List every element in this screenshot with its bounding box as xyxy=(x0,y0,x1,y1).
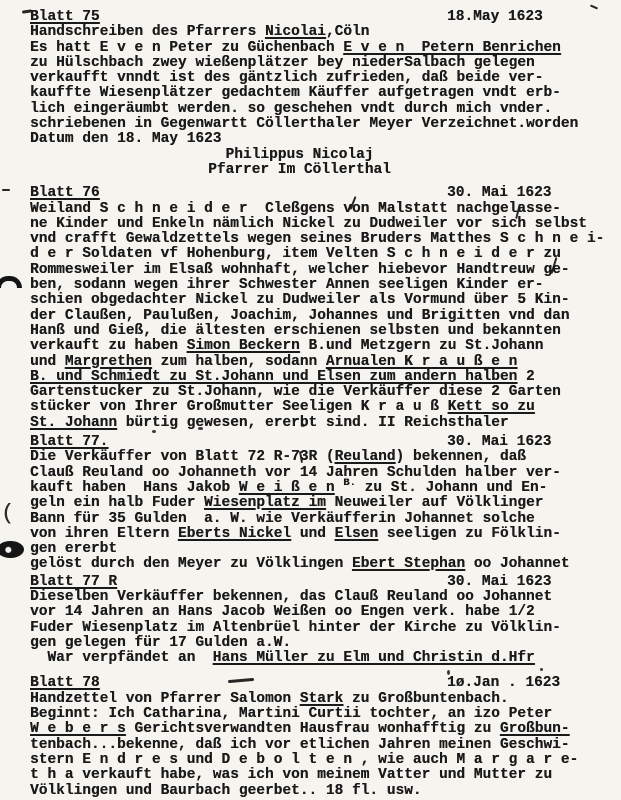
text-segment: und xyxy=(30,354,65,370)
text-line: Völklingen und Baurbach geerbet.. 18 fl.… xyxy=(30,784,609,799)
text-line: Philippus Nicolaj xyxy=(30,148,609,163)
record-title: Blatt 75 xyxy=(30,9,100,25)
text-line: zu Hülschbach zwey wießenplätzer bey nie… xyxy=(30,56,609,71)
text-segment: gen ererbt xyxy=(30,541,117,557)
text-line: ben, sodann wegen ihrer Schwester Annen … xyxy=(30,278,609,293)
text-segment: vnd crafft Gewaldzettels wegen seines Br… xyxy=(30,231,604,247)
text-segment: Völklingen und Baurbach geerbet.. 18 fl.… xyxy=(30,783,422,799)
text-segment: Weiland S c h n e i d e r Cleßgens von M… xyxy=(30,201,561,217)
text-segment: zum halben, sodann xyxy=(152,354,326,370)
record-header: Blatt 7630. Mai 1623 xyxy=(30,186,609,201)
record-header: Blatt 781ø.Jan . 1623 xyxy=(30,676,609,691)
text-line: Es hatt E v e n Peter zu Güchenbach E v … xyxy=(30,41,609,56)
text-segment: verkauft zu haben xyxy=(30,338,187,354)
text-segment: gen gelegen für 17 Gulden a.W. xyxy=(30,635,291,651)
text-segment: ben, sodann wegen ihrer Schwester Annen … xyxy=(30,277,543,293)
underlined-text: Großbun- xyxy=(500,721,570,737)
text-segment: bürtig gewesen, ererbt sind. II Reichsth… xyxy=(117,415,509,431)
record-block-blatt-76: Blatt 7630. Mai 1623Weiland S c h n e i … xyxy=(30,186,609,431)
underlined-text: Margrethen xyxy=(65,354,152,370)
text-segment: Neuweiler auf Völklinger xyxy=(326,495,544,511)
record-header: Blatt 7518.May 1623 xyxy=(30,10,609,25)
text-line: kauffte Wiesenplätzer gedachtem Käuffer … xyxy=(30,86,609,101)
text-segment: Bann für 35 Gulden a. W. wie Verkäufferi… xyxy=(30,511,535,527)
record-date: 30. Mai 1623 xyxy=(447,186,551,201)
underlined-text: Kett so zu xyxy=(448,399,535,415)
underlined-text: Wiesenplatz im xyxy=(204,495,326,511)
ink-blot xyxy=(0,541,24,558)
text-line: Clauß Reuland oo Johanneth vor 14 Jahren… xyxy=(30,466,609,481)
record-title: Blatt 77 R xyxy=(30,574,117,590)
text-line: verkaufft vnndt ist des gäntzlich zufrie… xyxy=(30,71,609,86)
text-segment: Gartenstucker zu St.Johann, wie die Verk… xyxy=(30,384,561,400)
text-segment: Handzettel von Pfarrer Salomon xyxy=(30,691,300,707)
text-segment: verkaufft vnndt ist des gäntzlich zufrie… xyxy=(30,70,543,86)
document-page: ( Blatt 7518.May 1623Handschreiben des P… xyxy=(0,0,621,800)
record-date: 30. Mai 1623 xyxy=(447,435,551,450)
text-line: gelöst durch den Meyer zu Völklingen Ebe… xyxy=(30,557,609,572)
text-segment: kauffte Wiesenplätzer gedachtem Käuffer … xyxy=(30,85,561,101)
text-line: stücker von Ihrer Großmutter Seeligen K … xyxy=(30,400,609,415)
record-date: 18.May 1623 xyxy=(447,10,543,25)
text-segment: Pfarrer Im Cöllerthal xyxy=(208,162,391,178)
text-segment: der Claußen, Paulußen, Joachim, Johannes… xyxy=(30,308,570,324)
text-line: gen gelegen für 17 Gulden a.W. xyxy=(30,636,609,651)
record-header: Blatt 77.30. Mai 1623 xyxy=(30,435,609,450)
text-line: B. und Schmiedt zu St.Johann und Elsen z… xyxy=(30,370,609,385)
text-segment: Datum den 18. May 1623 xyxy=(30,131,221,147)
text-line: gen ererbt xyxy=(30,542,609,557)
underlined-text: Ebert Stephan xyxy=(352,556,465,572)
text-line: schien obgedachter Nickel zu Dudweiler a… xyxy=(30,293,609,308)
text-line: Gartenstucker zu St.Johann, wie die Verk… xyxy=(30,385,609,400)
text-line: und Margrethen zum halben, sodann Arnual… xyxy=(30,355,609,370)
text-segment: Es hatt E v e n Peter zu Güchenbach xyxy=(30,40,343,56)
text-segment: oo Johannet xyxy=(465,556,569,572)
text-segment: stern E n d r e s und D e b o l t e n , … xyxy=(30,752,578,768)
text-line: verkauft zu haben Simon Beckern B.und Me… xyxy=(30,339,609,354)
text-segment: B.und Metzgern zu St.Johann xyxy=(300,338,544,354)
text-line: War verpfändet an Hans Müller zu Elm und… xyxy=(30,651,609,666)
text-line: stern E n d r e s und D e b o l t e n , … xyxy=(30,753,609,768)
text-segment: vor 14 Jahren an Hans Jacob Weißen oo En… xyxy=(30,604,535,620)
text-line: Dieselben Verkäuffer bekennen, das Clauß… xyxy=(30,590,609,605)
underlined-text: Arnualen K r a u ß e n xyxy=(326,354,517,370)
text-segment: seeligen zu Fölklin- xyxy=(378,526,561,542)
text-line: Hanß und Gieß, die ältesten erschienen s… xyxy=(30,324,609,339)
text-segment: Philippus Nicolaj xyxy=(226,147,374,163)
text-segment: ne Kinder und Enkeln nämlich Nickel zu D… xyxy=(30,216,587,232)
underlined-text: Nicolai xyxy=(265,24,326,40)
underlined-text: W e b e r s xyxy=(30,721,126,737)
underlined-text: Simon Beckern xyxy=(187,338,300,354)
document-body: Blatt 7518.May 1623Handschreiben des Pfa… xyxy=(30,10,609,799)
text-segment: stücker von Ihrer Großmutter Seeligen K … xyxy=(30,399,448,415)
underlined-text: Hans Müller zu Elm und Christin d.Hfr xyxy=(213,650,535,666)
text-segment: zu Hülschbach zwey wießenplätzer bey nie… xyxy=(30,55,535,71)
text-segment: schien obgedachter Nickel zu Dudweiler a… xyxy=(30,292,570,308)
text-line: Pfarrer Im Cöllerthal xyxy=(30,163,609,178)
text-line: vor 14 Jahren an Hans Jacob Weißen oo En… xyxy=(30,605,609,620)
text-line: Handschreiben des Pfarrers Nicolai,Cöln xyxy=(30,25,609,40)
text-line: lich eingeräumbt werden. so geschehen vn… xyxy=(30,102,609,117)
text-segment: zu Großbuntenbach. xyxy=(343,691,508,707)
text-line: Fuder Wiesenplatz im Altenbrüel hinter d… xyxy=(30,621,609,636)
text-line: der Claußen, Paulußen, Joachim, Johannes… xyxy=(30,309,609,324)
text-segment: Beginnt: Ich Catharina, Martini Curtii t… xyxy=(30,706,552,722)
text-segment: Fuder Wiesenplatz im Altenbrüel hinter d… xyxy=(30,620,561,636)
text-line: Bann für 35 Gulden a. W. wie Verkäufferi… xyxy=(30,512,609,527)
text-segment: schriebenen in Gegenwartt Cöllerthaler M… xyxy=(30,116,578,132)
record-block-blatt-77: Blatt 77.30. Mai 1623Die Verkäuffer von … xyxy=(30,435,609,573)
text-line: Handzettel von Pfarrer Salomon Stark zu … xyxy=(30,692,609,707)
underlined-text: E v e n Petern Benrichen xyxy=(343,40,561,56)
margin-paren-mark: ( xyxy=(1,506,14,521)
text-line: kauft haben Hans Jakob W e i ß e n B. zu… xyxy=(30,481,609,496)
record-title: Blatt 78 xyxy=(30,675,100,691)
text-line: t h a verkauft habe, was ich von meinem … xyxy=(30,768,609,783)
text-segment: 2 xyxy=(517,369,534,385)
text-segment: zu St. Johann und En- xyxy=(356,480,547,496)
text-segment: d e r Soldaten vf Hohenburg, item Velten… xyxy=(30,246,561,262)
text-segment: ) bekennen, daß xyxy=(395,449,526,465)
record-block-blatt-78: Blatt 781ø.Jan . 1623Handzettel von Pfar… xyxy=(30,676,609,798)
record-date: 1ø.Jan . 1623 xyxy=(447,676,560,691)
record-title: Blatt 77. xyxy=(30,434,108,450)
text-segment: Gerichtsverwandten Hausfrau wonhafftig z… xyxy=(126,721,500,737)
text-segment: t h a verkauft habe, was ich von meinem … xyxy=(30,767,552,783)
text-segment: Hanß und Gieß, die ältesten erschienen s… xyxy=(30,323,561,339)
text-line: Rommesweiler im Elsaß wohnhaft, welcher … xyxy=(30,263,609,278)
underlined-text: Elsen xyxy=(335,526,379,542)
text-line: Beginnt: Ich Catharina, Martini Curtii t… xyxy=(30,707,609,722)
underlined-text: Stark xyxy=(300,691,344,707)
text-line: Datum den 18. May 1623 xyxy=(30,132,609,147)
text-segment: von ihren Eltern xyxy=(30,526,178,542)
text-line: d e r Soldaten vf Hohenburg, item Velten… xyxy=(30,247,609,262)
underlined-text: St. Johann xyxy=(30,415,117,431)
pencil-tick-mark xyxy=(590,4,598,9)
text-line: Weiland S c h n e i d e r Cleßgens von M… xyxy=(30,202,609,217)
text-line: tenbach...bekenne, daß ich vor etlichen … xyxy=(30,738,609,753)
text-segment: War verpfändet an xyxy=(30,650,213,666)
text-segment: kauft haben Hans Jakob xyxy=(30,480,239,496)
text-segment: Die Verkäuffer von Blatt 72 R-73R ( xyxy=(30,449,335,465)
underlined-text: Eberts Nickel xyxy=(178,526,291,542)
margin-dash-mark xyxy=(2,189,10,191)
text-line: St. Johann bürtig gewesen, ererbt sind. … xyxy=(30,416,609,431)
text-line: schriebenen in Gegenwartt Cöllerthaler M… xyxy=(30,117,609,132)
text-segment: geln ein halb Fuder xyxy=(30,495,204,511)
text-line: von ihren Eltern Eberts Nickel und Elsen… xyxy=(30,527,609,542)
text-segment: tenbach...bekenne, daß ich vor etlichen … xyxy=(30,737,570,753)
text-segment: gelöst durch den Meyer zu Völklingen xyxy=(30,556,352,572)
record-header: Blatt 77 R30. Mai 1623 xyxy=(30,575,609,590)
record-date: 30. Mai 1623 xyxy=(447,575,551,590)
underlined-text: B. und Schmiedt zu St.Johann und Elsen z… xyxy=(30,369,517,385)
text-segment: und xyxy=(291,526,335,542)
record-block-blatt-77r: Blatt 77 R30. Mai 1623Dieselben Verkäuff… xyxy=(30,575,609,667)
record-title: Blatt 76 xyxy=(30,185,100,201)
text-segment: Handschreiben des Pfarrers xyxy=(30,24,265,40)
record-block-blatt-75: Blatt 7518.May 1623Handschreiben des Pfa… xyxy=(30,10,609,178)
text-segment: Clauß Reuland oo Johanneth vor 14 Jahren… xyxy=(30,465,561,481)
underlined-text: Reuland xyxy=(335,449,396,465)
text-line: ne Kinder und Enkeln nämlich Nickel zu D… xyxy=(30,217,609,232)
text-line: vnd crafft Gewaldzettels wegen seines Br… xyxy=(30,232,609,247)
text-segment: Rommesweiler im Elsaß wohnhaft, welcher … xyxy=(30,262,570,278)
text-segment: lich eingeräumbt werden. so geschehen vn… xyxy=(30,101,552,117)
text-segment: ,Cöln xyxy=(326,24,370,40)
text-segment: Dieselben Verkäuffer bekennen, das Clauß… xyxy=(30,589,552,605)
text-line: geln ein halb Fuder Wiesenplatz im Neuwe… xyxy=(30,496,609,511)
underlined-text: W e i ß e n xyxy=(239,480,335,496)
text-line: W e b e r s Gerichtsverwandten Hausfrau … xyxy=(30,722,609,737)
margin-arc-mark xyxy=(0,276,22,288)
text-segment: B. xyxy=(343,477,356,489)
text-segment xyxy=(335,480,344,496)
text-line: Die Verkäuffer von Blatt 72 R-73R (Reula… xyxy=(30,450,609,465)
